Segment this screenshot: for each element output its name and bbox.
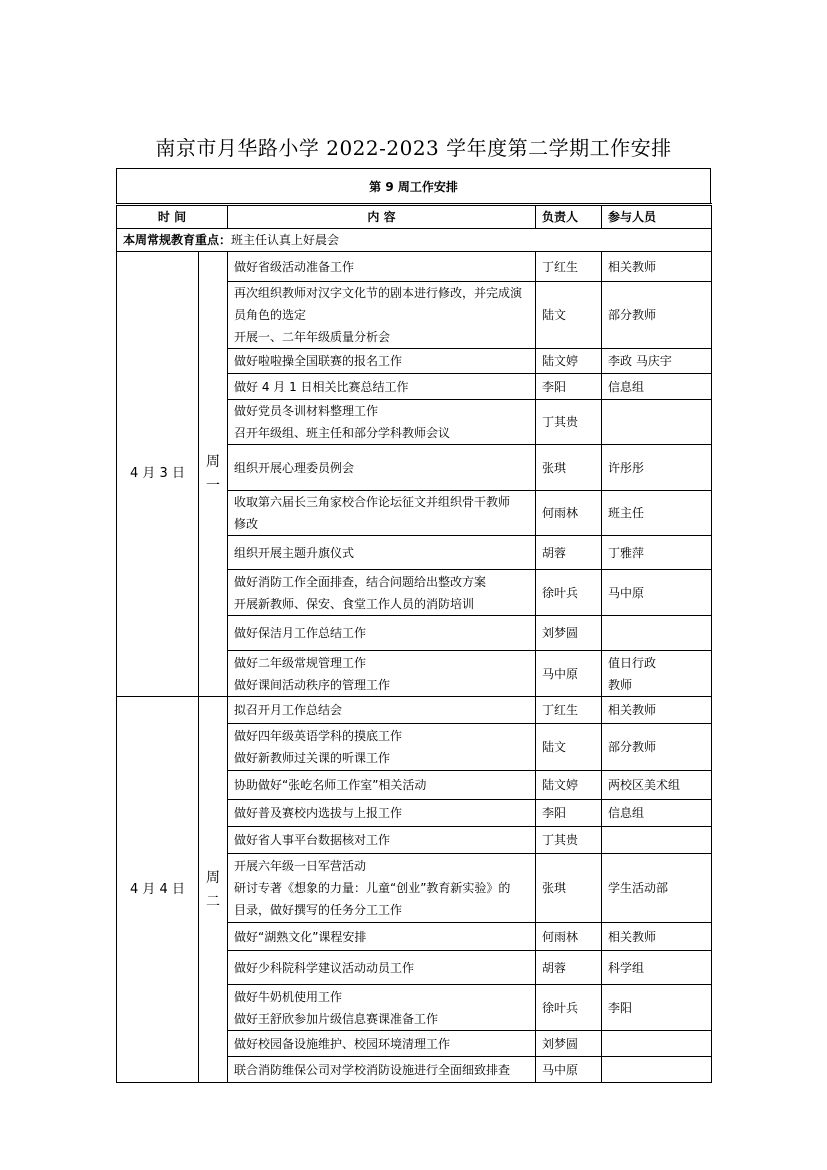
table-row: 4 月 4 日周二拟召开月工作总结会丁红生相关教师	[117, 697, 712, 724]
participant-line: 李政 马庆宇	[608, 350, 705, 372]
content-line: 修改	[234, 513, 529, 535]
weekday-char: 周	[199, 866, 227, 890]
owner-cell: 丁其贵	[536, 827, 602, 854]
date-cell: 4 月 3 日	[117, 252, 199, 697]
weekday-cell: 周二	[199, 697, 228, 1083]
content-line: 研讨专著《想象的力量：儿童“创业”教育新实验》的	[234, 877, 529, 899]
content-line: 再次组织教师对汉字文化节的剧本进行修改，并完成演	[234, 282, 529, 304]
weekly-focus-label: 本周常规教育重点：	[123, 233, 231, 247]
content-cell: 做好党员冬训材料整理工作召开年级组、班主任和部分学科教师会议	[228, 400, 536, 445]
participants-cell: 相关教师	[602, 923, 712, 951]
participant-line: 部分教师	[608, 304, 705, 326]
weekday-char: 一	[199, 474, 227, 498]
participant-line: 相关教师	[608, 926, 705, 948]
content-cell: 做好保洁月工作总结工作	[228, 616, 536, 651]
participants-cell	[602, 400, 712, 445]
content-cell: 再次组织教师对汉字文化节的剧本进行修改，并完成演员角色的选定开展一、二年年级质量…	[228, 282, 536, 349]
owner-cell: 陆文	[536, 282, 602, 349]
owner-cell: 徐叶兵	[536, 570, 602, 616]
participant-line: 马中原	[608, 582, 705, 604]
content-line: 做好四年级英语学科的摸底工作	[234, 725, 529, 747]
participant-line: 李阳	[608, 997, 705, 1019]
participants-cell: 李政 马庆宇	[602, 349, 712, 374]
owner-cell: 徐叶兵	[536, 985, 602, 1031]
participants-cell: 值日行政教师	[602, 651, 712, 697]
content-line: 组织开展主题升旗仪式	[234, 542, 529, 564]
participants-cell: 丁雅萍	[602, 536, 712, 570]
participant-line: 部分教师	[608, 736, 705, 758]
weekly-focus-row: 本周常规教育重点：班主任认真上好晨会	[117, 229, 712, 252]
col-header-participants: 参与人员	[602, 205, 712, 229]
header-row: 时 间 内 容 负责人 参与人员	[117, 205, 712, 229]
content-line: 做好牛奶机使用工作	[234, 986, 529, 1008]
content-cell: 做好“湖熟文化”课程安排	[228, 923, 536, 951]
participant-line: 相关教师	[608, 256, 705, 278]
content-cell: 组织开展心理委员例会	[228, 445, 536, 491]
participants-cell: 马中原	[602, 570, 712, 616]
content-cell: 做好牛奶机使用工作做好王舒欣参加片级信息赛课准备工作	[228, 985, 536, 1031]
content-line: 召开年级组、班主任和部分学科教师会议	[234, 422, 529, 444]
content-cell: 收取第六届长三角家校合作论坛征文并组织骨干教师修改	[228, 491, 536, 536]
content-line: 目录，做好撰写的任务分工工作	[234, 899, 529, 921]
participants-cell: 相关教师	[602, 252, 712, 282]
participants-cell	[602, 616, 712, 651]
participants-cell	[602, 1031, 712, 1057]
participants-cell: 信息组	[602, 374, 712, 400]
owner-cell: 胡蓉	[536, 536, 602, 570]
content-line: 做好 4 月 1 日相关比赛总结工作	[234, 376, 529, 398]
content-cell: 做好普及赛校内选拔与上报工作	[228, 800, 536, 827]
schedule-table: 时 间 内 容 负责人 参与人员 本周常规教育重点：班主任认真上好晨会 4 月 …	[116, 203, 712, 1083]
weekday-cell: 周一	[199, 252, 228, 697]
schedule-sheet: 第 9 周工作安排 时 间 内 容 负责人 参与人员 本周常规教育重点：班主任认…	[116, 168, 711, 1083]
content-cell: 开展六年级一日军营活动研讨专著《想象的力量：儿童“创业”教育新实验》的目录，做好…	[228, 854, 536, 923]
content-cell: 组织开展主题升旗仪式	[228, 536, 536, 570]
participant-line: 相关教师	[608, 699, 705, 721]
content-line: 做好“湖熟文化”课程安排	[234, 926, 529, 948]
participant-line: 值日行政	[608, 652, 705, 674]
participants-cell: 科学组	[602, 951, 712, 985]
col-header-time: 时 间	[117, 205, 228, 229]
owner-cell: 何雨林	[536, 491, 602, 536]
participants-cell: 李阳	[602, 985, 712, 1031]
content-line: 做好党员冬训材料整理工作	[234, 400, 529, 422]
content-line: 协助做好“张屹名师工作室”相关活动	[234, 774, 529, 796]
content-line: 做好新教师过关课的听课工作	[234, 747, 529, 769]
owner-cell: 李阳	[536, 374, 602, 400]
participants-cell	[602, 827, 712, 854]
content-line: 做好校园备设施维护、校园环境清理工作	[234, 1033, 529, 1055]
content-line: 开展新教师、保安、食堂工作人员的消防培训	[234, 593, 529, 615]
owner-cell: 刘梦圆	[536, 616, 602, 651]
content-line: 开展一、二年年级质量分析会	[234, 326, 529, 348]
participant-line: 班主任	[608, 502, 705, 524]
content-cell: 做好校园备设施维护、校园环境清理工作	[228, 1031, 536, 1057]
content-line: 做好普及赛校内选拔与上报工作	[234, 802, 529, 824]
content-line: 做好课间活动秩序的管理工作	[234, 674, 529, 696]
content-cell: 做好二年级常规管理工作做好课间活动秩序的管理工作	[228, 651, 536, 697]
owner-cell: 丁红生	[536, 697, 602, 724]
owner-cell: 李阳	[536, 800, 602, 827]
weekly-focus-value: 班主任认真上好晨会	[231, 233, 339, 247]
participants-cell: 相关教师	[602, 697, 712, 724]
participants-cell: 许彤彤	[602, 445, 712, 491]
content-cell: 做好消防工作全面排查，结合问题给出整改方案开展新教师、保安、食堂工作人员的消防培…	[228, 570, 536, 616]
participants-cell: 学生活动部	[602, 854, 712, 923]
owner-cell: 张琪	[536, 854, 602, 923]
participants-cell: 信息组	[602, 800, 712, 827]
content-cell: 做好省人事平台数据核对工作	[228, 827, 536, 854]
participants-cell	[602, 1057, 712, 1083]
owner-cell: 何雨林	[536, 923, 602, 951]
week-heading: 第 9 周工作安排	[116, 168, 711, 203]
content-line: 做好消防工作全面排查，结合问题给出整改方案	[234, 571, 529, 593]
content-line: 做好二年级常规管理工作	[234, 652, 529, 674]
content-line: 员角色的选定	[234, 304, 529, 326]
document-title: 南京市月华路小学 2022-2023 学年度第二学期工作安排	[0, 132, 827, 161]
col-header-content: 内 容	[228, 205, 536, 229]
content-line: 收取第六届长三角家校合作论坛征文并组织骨干教师	[234, 491, 529, 513]
owner-cell: 陆文婷	[536, 771, 602, 800]
content-cell: 做好四年级英语学科的摸底工作做好新教师过关课的听课工作	[228, 724, 536, 771]
participant-line: 许彤彤	[608, 457, 705, 479]
content-line: 做好省人事平台数据核对工作	[234, 829, 529, 851]
content-line: 做好保洁月工作总结工作	[234, 622, 529, 644]
owner-cell: 马中原	[536, 651, 602, 697]
content-cell: 做好 4 月 1 日相关比赛总结工作	[228, 374, 536, 400]
content-line: 做好省级活动准备工作	[234, 256, 529, 278]
content-cell: 做好省级活动准备工作	[228, 252, 536, 282]
participants-cell: 两校区美术组	[602, 771, 712, 800]
content-line: 做好王舒欣参加片级信息赛课准备工作	[234, 1008, 529, 1030]
participant-line: 教师	[608, 674, 705, 696]
participants-cell: 部分教师	[602, 724, 712, 771]
owner-cell: 陆文婷	[536, 349, 602, 374]
owner-cell: 胡蓉	[536, 951, 602, 985]
content-line: 组织开展心理委员例会	[234, 457, 529, 479]
participant-line: 学生活动部	[608, 877, 705, 899]
participants-cell: 班主任	[602, 491, 712, 536]
participant-line: 丁雅萍	[608, 542, 705, 564]
owner-cell: 丁其贵	[536, 400, 602, 445]
content-line: 做好少科院科学建议活动动员工作	[234, 957, 529, 979]
content-cell: 做好少科院科学建议活动动员工作	[228, 951, 536, 985]
participant-line: 信息组	[608, 376, 705, 398]
participant-line: 两校区美术组	[608, 774, 705, 796]
content-cell: 做好啦啦操全国联赛的报名工作	[228, 349, 536, 374]
content-line: 联合消防维保公司对学校消防设施进行全面细致排查	[234, 1059, 529, 1081]
date-cell: 4 月 4 日	[117, 697, 199, 1083]
owner-cell: 张琪	[536, 445, 602, 491]
table-row: 4 月 3 日周一做好省级活动准备工作丁红生相关教师	[117, 252, 712, 282]
content-line: 做好啦啦操全国联赛的报名工作	[234, 350, 529, 372]
owner-cell: 刘梦圆	[536, 1031, 602, 1057]
content-line: 拟召开月工作总结会	[234, 699, 529, 721]
content-cell: 拟召开月工作总结会	[228, 697, 536, 724]
weekday-char: 周	[199, 450, 227, 474]
participant-line: 科学组	[608, 957, 705, 979]
content-cell: 协助做好“张屹名师工作室”相关活动	[228, 771, 536, 800]
weekday-char: 二	[199, 890, 227, 914]
col-header-owner: 负责人	[536, 205, 602, 229]
owner-cell: 丁红生	[536, 252, 602, 282]
participant-line: 信息组	[608, 802, 705, 824]
owner-cell: 马中原	[536, 1057, 602, 1083]
participants-cell: 部分教师	[602, 282, 712, 349]
content-cell: 联合消防维保公司对学校消防设施进行全面细致排查	[228, 1057, 536, 1083]
owner-cell: 陆文	[536, 724, 602, 771]
content-line: 开展六年级一日军营活动	[234, 855, 529, 877]
